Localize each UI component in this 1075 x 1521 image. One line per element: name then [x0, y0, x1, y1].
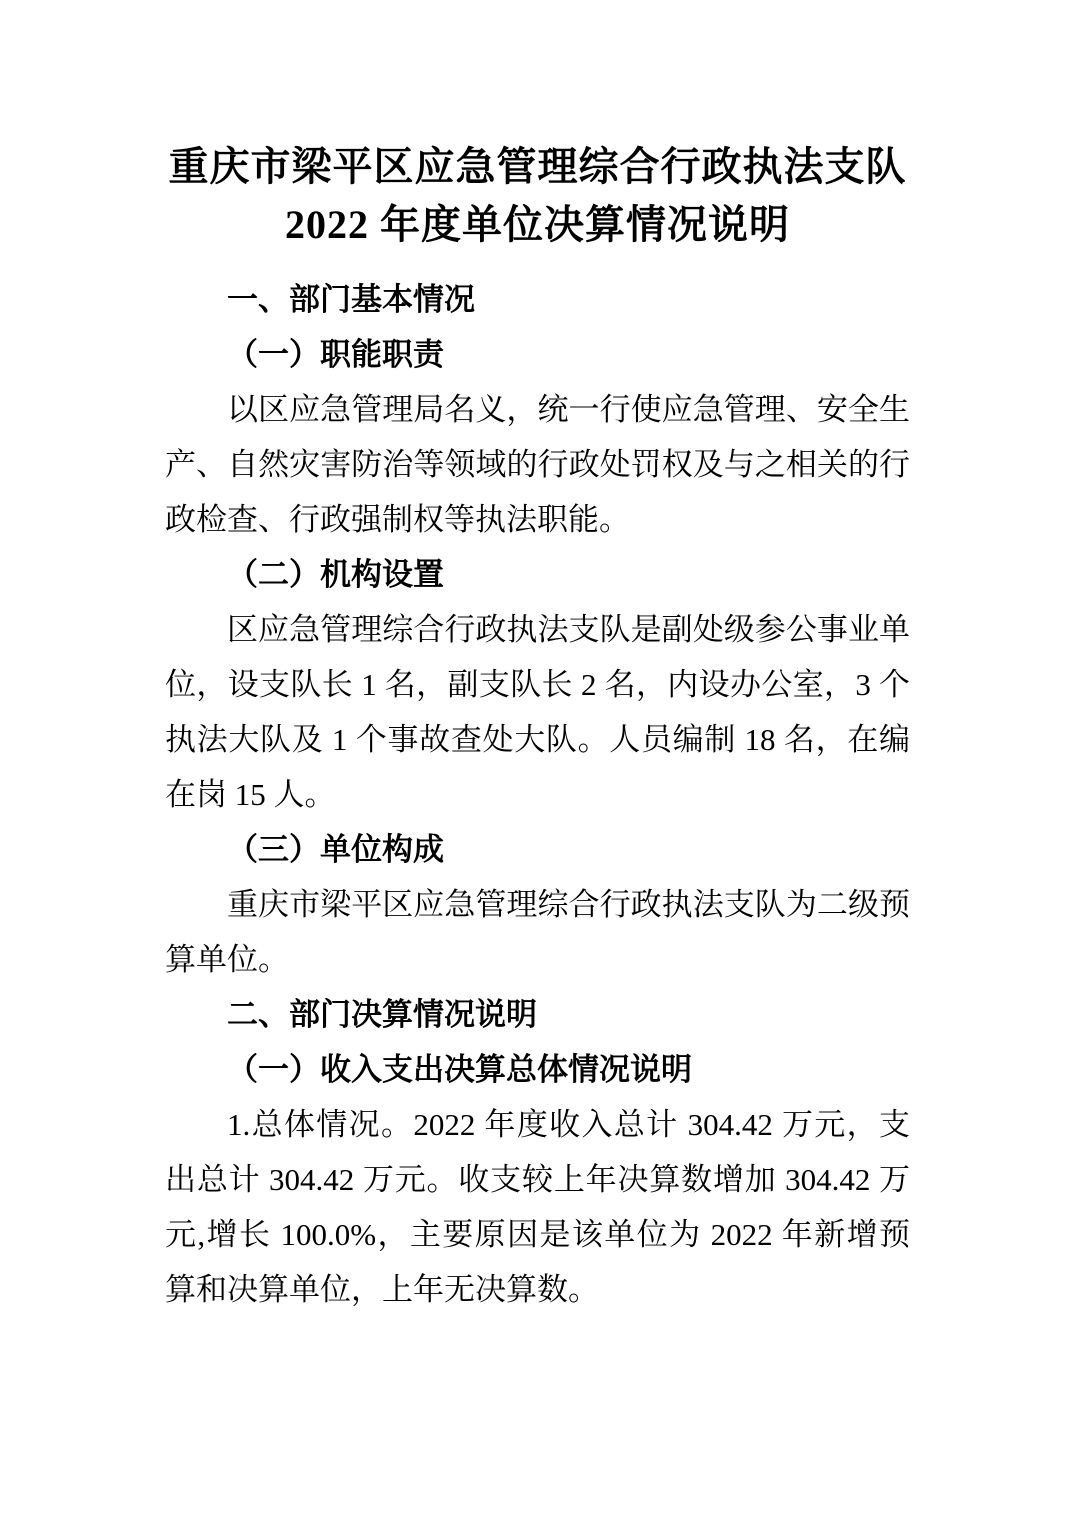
subsection-heading-functions-duties: （一）职能职责 — [165, 327, 910, 382]
subsection-heading-organization-setup: （二）机构设置 — [165, 547, 910, 602]
document-title-line2: 2022 年度单位决算情况说明 — [165, 196, 910, 254]
paragraph-unit-composition: 重庆市梁平区应急管理综合行政执法支队为二级预算单位。 — [165, 877, 910, 987]
subsection-heading-income-expenditure-overview: （一）收入支出决算总体情况说明 — [165, 1042, 910, 1097]
section-heading-department-basic-info: 一、部门基本情况 — [165, 272, 910, 327]
document-title-line1: 重庆市梁平区应急管理综合行政执法支队 — [165, 138, 910, 196]
document-title: 重庆市梁平区应急管理综合行政执法支队 2022 年度单位决算情况说明 — [165, 138, 910, 254]
document-body: 一、部门基本情况 （一）职能职责 以区应急管理局名义，统一行使应急管理、安全生产… — [165, 272, 910, 1317]
paragraph-organization-setup: 区应急管理综合行政执法支队是副处级参公事业单位，设支队长 1 名，副支队长 2 … — [165, 602, 910, 822]
paragraph-functions-duties: 以区应急管理局名义，统一行使应急管理、安全生产、自然灾害防治等领域的行政处罚权及… — [165, 382, 910, 547]
document-page: 重庆市梁平区应急管理综合行政执法支队 2022 年度单位决算情况说明 一、部门基… — [0, 0, 1075, 1521]
section-heading-final-accounts-explanation: 二、部门决算情况说明 — [165, 987, 910, 1042]
paragraph-overall-situation: 1.总体情况。2022 年度收入总计 304.42 万元，支出总计 304.42… — [165, 1097, 910, 1317]
subsection-heading-unit-composition: （三）单位构成 — [165, 822, 910, 877]
